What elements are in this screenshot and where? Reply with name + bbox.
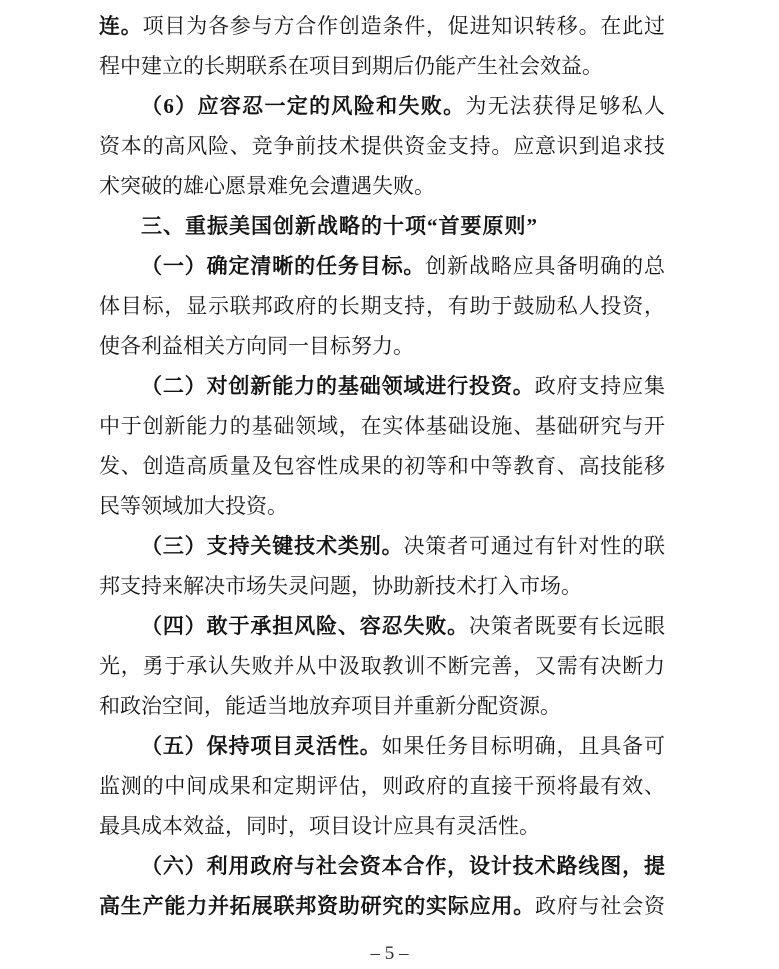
text-line: 使各利益相关方向同一目标努力。: [99, 326, 665, 366]
text-line: （六）利用政府与社会资本合作，设计技术路线图，提: [99, 846, 665, 886]
text-segment: 邦支持来解决市场失灵问题，协助新技术打入市场。: [99, 574, 582, 598]
text-segment: 政府与社会资: [535, 894, 665, 918]
bold-text-segment: （六）利用政府与社会资本合作，设计技术路线图，提: [141, 854, 665, 878]
bold-text-segment: 连。: [99, 14, 143, 38]
bold-text-segment: 三、重振美国创新战略的十项“首要原则”: [141, 214, 538, 238]
document-body: 连。项目为各参与方合作创造条件，促进知识转移。在此过程中建立的长期联系在项目到期…: [99, 6, 665, 926]
text-segment: 决策者既要有长远眼: [469, 614, 665, 638]
text-line: 和政治空间，能适当地放弃项目并重新分配资源。: [99, 686, 665, 726]
bold-text-segment: （6）应容忍一定的风险和失败。: [141, 94, 465, 118]
text-line: 民等领域加大投资。: [99, 486, 665, 526]
bold-text-segment: （一）确定清晰的任务目标。: [141, 254, 425, 278]
text-segment: 中于创新能力的基础领域，在实体基础设施、基础研究与开: [99, 414, 665, 438]
bold-text-segment: （五）保持项目灵活性。: [141, 734, 382, 758]
text-line: 中于创新能力的基础领域，在实体基础设施、基础研究与开: [99, 406, 665, 446]
text-line: 监测的中间成果和定期评估，则政府的直接干预将最有效、: [99, 766, 665, 806]
text-line: 光，勇于承认失败并从中汲取教训不断完善，又需有决断力: [99, 646, 665, 686]
page-number: – 5 –: [0, 943, 779, 965]
text-segment: 程中建立的长期联系在项目到期后仍能产生社会效益。: [99, 54, 603, 78]
text-line: 邦支持来解决市场失灵问题，协助新技术打入市场。: [99, 566, 665, 606]
text-segment: 创新战略应具备明确的总: [425, 254, 665, 278]
text-segment: 和政治空间，能适当地放弃项目并重新分配资源。: [99, 694, 561, 718]
text-line: 术突破的雄心愿景难免会遭遇失败。: [99, 166, 665, 206]
section-heading: 三、重振美国创新战略的十项“首要原则”: [99, 206, 665, 246]
text-line: （四）敢于承担风险、容忍失败。决策者既要有长远眼: [99, 606, 665, 646]
text-segment: 资本的高风险、竞争前技术提供资金支持。应意识到追求技: [99, 134, 665, 158]
text-line: （一）确定清晰的任务目标。创新战略应具备明确的总: [99, 246, 665, 286]
bold-text-segment: （四）敢于承担风险、容忍失败。: [141, 614, 469, 638]
text-line: 最具成本效益，同时，项目设计应具有灵活性。: [99, 806, 665, 846]
text-segment: 使各利益相关方向同一目标努力。: [99, 334, 414, 358]
text-segment: 监测的中间成果和定期评估，则政府的直接干预将最有效、: [99, 774, 665, 798]
bold-text-segment: 高生产能力并拓展联邦资助研究的实际应用。: [99, 894, 535, 918]
text-segment: 为无法获得足够私人: [465, 94, 665, 118]
text-line: （三）支持关键技术类别。决策者可通过有针对性的联: [99, 526, 665, 566]
text-line: 程中建立的长期联系在项目到期后仍能产生社会效益。: [99, 46, 665, 86]
text-line: （二）对创新能力的基础领域进行投资。政府支持应集: [99, 366, 665, 406]
text-line: 连。项目为各参与方合作创造条件，促进知识转移。在此过: [99, 6, 665, 46]
bold-text-segment: （三）支持关键技术类别。: [141, 534, 403, 558]
text-segment: 光，勇于承认失败并从中汲取教训不断完善，又需有决断力: [99, 654, 665, 678]
text-line: 体目标，显示联邦政府的长期支持，有助于鼓励私人投资，: [99, 286, 665, 326]
text-line: （五）保持项目灵活性。如果任务目标明确，且具备可: [99, 726, 665, 766]
text-segment: 如果任务目标明确，且具备可: [382, 734, 665, 758]
bold-text-segment: （二）对创新能力的基础领域进行投资。: [141, 374, 535, 398]
text-segment: 术突破的雄心愿景难免会遭遇失败。: [99, 174, 435, 198]
text-line: （6）应容忍一定的风险和失败。为无法获得足够私人: [99, 86, 665, 126]
text-line: 高生产能力并拓展联邦资助研究的实际应用。政府与社会资: [99, 886, 665, 926]
text-segment: 发、创造高质量及包容性成果的初等和中等教育、高技能移: [99, 454, 665, 478]
text-segment: 最具成本效益，同时，项目设计应具有灵活性。: [99, 814, 540, 838]
text-line: 资本的高风险、竞争前技术提供资金支持。应意识到追求技: [99, 126, 665, 166]
text-segment: 政府支持应集: [535, 374, 665, 398]
document-page: 连。项目为各参与方合作创造条件，促进知识转移。在此过程中建立的长期联系在项目到期…: [0, 0, 779, 969]
text-segment: 决策者可通过有针对性的联: [403, 534, 665, 558]
text-segment: 民等领域加大投资。: [99, 494, 288, 518]
text-line: 发、创造高质量及包容性成果的初等和中等教育、高技能移: [99, 446, 665, 486]
text-segment: 体目标，显示联邦政府的长期支持，有助于鼓励私人投资，: [99, 294, 665, 318]
text-segment: 项目为各参与方合作创造条件，促进知识转移。在此过: [143, 14, 665, 38]
